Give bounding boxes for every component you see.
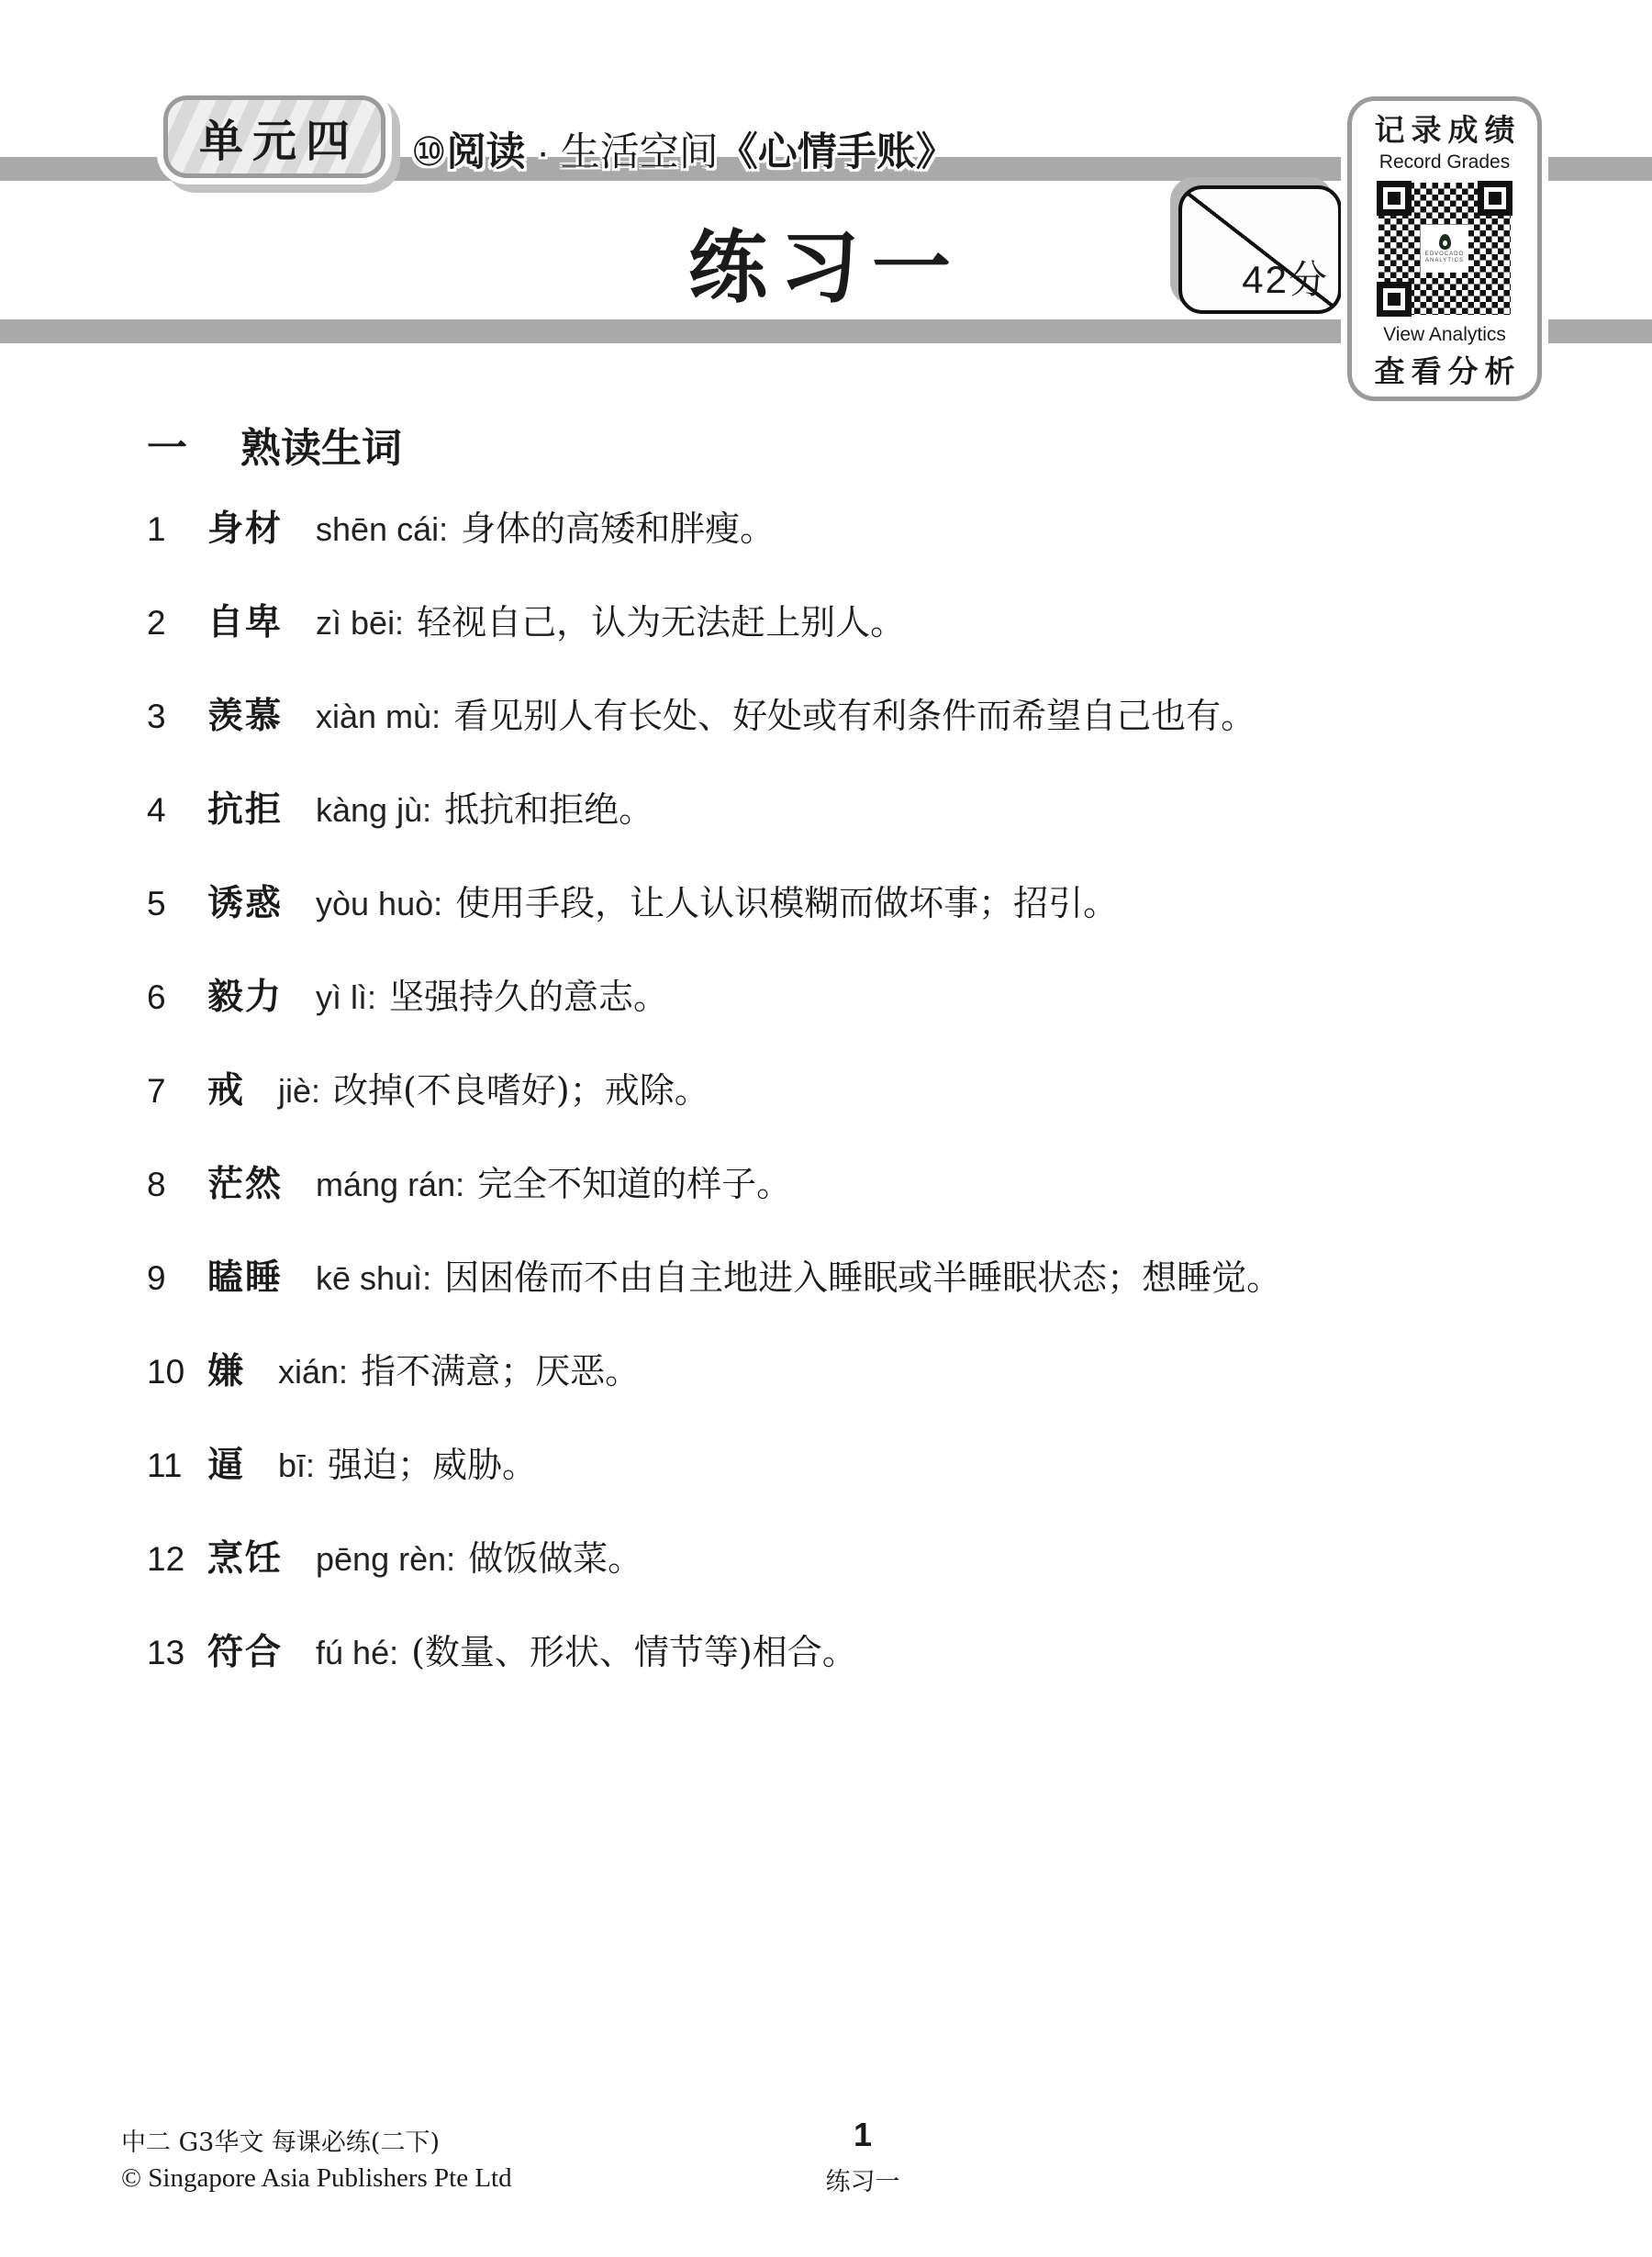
score-value: 42分 xyxy=(1242,250,1329,305)
record-grades-label-cn: 记录成绩 xyxy=(1368,106,1522,150)
vocab-row: 10嫌xián:指不满意；厌恶。 xyxy=(147,1343,1615,1381)
vocab-number: 8 xyxy=(147,1166,207,1204)
vocab-number: 11 xyxy=(147,1447,207,1485)
vocab-word: 瞌睡 xyxy=(207,1249,283,1301)
qr-logo-text-line1: EDVOCADO xyxy=(1425,251,1464,258)
vocab-row: 4抗拒kàng jù:抵抗和拒绝。 xyxy=(147,781,1615,820)
vocab-number: 2 xyxy=(147,604,207,642)
vocab-list: 1身材shēn cái:身体的高矮和胖瘦。2自卑zì bēi:轻视自己，认为无法… xyxy=(147,500,1615,1717)
score-box: 42分 xyxy=(1178,185,1342,314)
vocab-number: 9 xyxy=(147,1259,207,1298)
vocab-definition: 轻视自己，认为无法赶上别人。 xyxy=(417,594,905,644)
page-number: 1 xyxy=(0,2116,1652,2154)
vocab-pinyin: kàng jù: xyxy=(316,791,431,830)
vocab-word: 烹饪 xyxy=(207,1530,283,1581)
section-heading: 一 熟读生词 xyxy=(147,415,402,474)
vocab-definition: 完全不知道的样子。 xyxy=(477,1156,791,1206)
vocab-definition: 身体的高矮和胖瘦。 xyxy=(461,500,775,551)
vocab-row: 13符合fú hé:(数量、形状、情节等)相合。 xyxy=(147,1624,1615,1662)
qr-finder-icon xyxy=(1478,181,1512,216)
vocab-pinyin: zì bēi: xyxy=(316,604,404,642)
qr-code: EDVOCADO ANALYTICS xyxy=(1377,181,1512,317)
vocab-pinyin: yòu huò: xyxy=(316,885,442,923)
vocab-word: 戒 xyxy=(207,1062,245,1113)
lesson-type: 阅读 xyxy=(447,130,526,174)
vocab-definition: 指不满意；厌恶。 xyxy=(361,1343,640,1393)
vocab-word: 逼 xyxy=(207,1436,245,1488)
lesson-number: ⑩ xyxy=(411,130,447,174)
vocab-definition: 做饭做菜。 xyxy=(468,1530,642,1581)
vocab-number: 13 xyxy=(147,1634,207,1672)
avocado-icon xyxy=(1439,234,1451,250)
view-analytics-label-cn: 查看分析 xyxy=(1368,348,1522,391)
vocab-pinyin: jiè: xyxy=(278,1072,320,1111)
vocab-word: 身材 xyxy=(207,500,283,552)
page-footer-label: 练习一 xyxy=(0,2162,1652,2197)
vocab-row: 1身材shēn cái:身体的高矮和胖瘦。 xyxy=(147,500,1615,539)
section-title: 熟读生词 xyxy=(240,415,402,474)
vocab-number: 12 xyxy=(147,1540,207,1579)
vocab-word: 嫌 xyxy=(207,1343,245,1394)
vocab-row: 3羡慕xiàn mù:看见别人有长处、好处或有利条件而希望自己也有。 xyxy=(147,687,1615,726)
vocab-definition: 因困倦而不由自主地进入睡眠或半睡眠状态；想睡觉。 xyxy=(444,1249,1281,1300)
vocab-pinyin: pēng rèn: xyxy=(316,1540,455,1579)
vocab-pinyin: máng rán: xyxy=(316,1166,464,1204)
vocab-definition: 抵抗和拒绝。 xyxy=(444,781,653,832)
vocab-number: 10 xyxy=(147,1353,207,1391)
vocab-row: 6毅力yì lì:坚强持久的意志。 xyxy=(147,968,1615,1007)
vocab-word: 自卑 xyxy=(207,594,283,645)
vocab-row: 12烹饪pēng rèn:做饭做菜。 xyxy=(147,1530,1615,1569)
vocab-pinyin: shēn cái: xyxy=(316,510,448,549)
vocab-definition: 强迫；威胁。 xyxy=(328,1436,537,1487)
vocab-word: 羡慕 xyxy=(207,687,283,739)
vocab-word: 符合 xyxy=(207,1624,283,1675)
vocab-number: 1 xyxy=(147,510,207,549)
vocab-number: 4 xyxy=(147,791,207,830)
worksheet-page: { "header": { "unit_badge": "单元四", "less… xyxy=(0,0,1652,2257)
qr-logo-text-line2: ANALYTICS xyxy=(1425,258,1464,264)
vocab-row: 5诱惑yòu huò:使用手段，让人认识模糊而做坏事；招引。 xyxy=(147,875,1615,913)
vocab-pinyin: kē shuì: xyxy=(316,1259,431,1298)
vocab-row: 8茫然máng rán:完全不知道的样子。 xyxy=(147,1156,1615,1194)
view-analytics-label-en: View Analytics xyxy=(1383,324,1506,346)
vocab-pinyin: xián: xyxy=(278,1353,348,1391)
lesson-header: ⑩阅读 · 生活空间《心情手账》 xyxy=(411,121,955,177)
vocab-number: 5 xyxy=(147,885,207,923)
record-grades-label-en: Record Grades xyxy=(1379,151,1510,173)
vocab-row: 7戒jiè:改掉(不良嗜好)；戒除。 xyxy=(147,1062,1615,1101)
vocab-word: 诱惑 xyxy=(207,875,283,926)
unit-badge-label: 单元四 xyxy=(190,106,359,169)
vocab-word: 茫然 xyxy=(207,1156,283,1207)
lesson-separator: · xyxy=(526,130,561,174)
qr-finder-icon xyxy=(1377,181,1412,216)
vocab-pinyin: fú hé: xyxy=(316,1634,398,1672)
qr-finder-icon xyxy=(1377,282,1412,317)
vocab-pinyin: bī: xyxy=(278,1447,315,1485)
vocab-definition: 看见别人有长处、好处或有利条件而希望自己也有。 xyxy=(453,687,1256,738)
vocab-number: 6 xyxy=(147,978,207,1017)
vocab-row: 11逼bī:强迫；威胁。 xyxy=(147,1436,1615,1475)
footer-center: 1 练习一 xyxy=(0,2116,1652,2197)
vocab-definition: 改掉(不良嗜好)；戒除。 xyxy=(333,1062,709,1112)
vocab-number: 7 xyxy=(147,1072,207,1111)
vocab-word: 毅力 xyxy=(207,968,283,1020)
qr-panel: 记录成绩 Record Grades EDVOCADO ANALYTICS Vi… xyxy=(1347,96,1542,401)
vocab-row: 9瞌睡kē shuì:因困倦而不由自主地进入睡眠或半睡眠状态；想睡觉。 xyxy=(147,1249,1615,1288)
qr-center-logo: EDVOCADO ANALYTICS xyxy=(1421,225,1468,273)
vocab-definition: 坚强持久的意志。 xyxy=(389,968,668,1019)
vocab-definition: (数量、形状、情节等)相合。 xyxy=(411,1624,857,1674)
lesson-topic: 生活空间 xyxy=(561,130,719,174)
section-marker: 一 xyxy=(147,415,187,474)
vocab-number: 3 xyxy=(147,698,207,736)
lesson-title: 《心情手账》 xyxy=(719,129,955,175)
vocab-pinyin: yì lì: xyxy=(316,978,376,1017)
unit-badge: 单元四 xyxy=(163,95,385,178)
vocab-definition: 使用手段，让人认识模糊而做坏事；招引。 xyxy=(455,875,1118,925)
vocab-pinyin: xiàn mù: xyxy=(316,698,441,736)
vocab-word: 抗拒 xyxy=(207,781,283,832)
vocab-row: 2自卑zì bēi:轻视自己，认为无法赶上别人。 xyxy=(147,594,1615,632)
